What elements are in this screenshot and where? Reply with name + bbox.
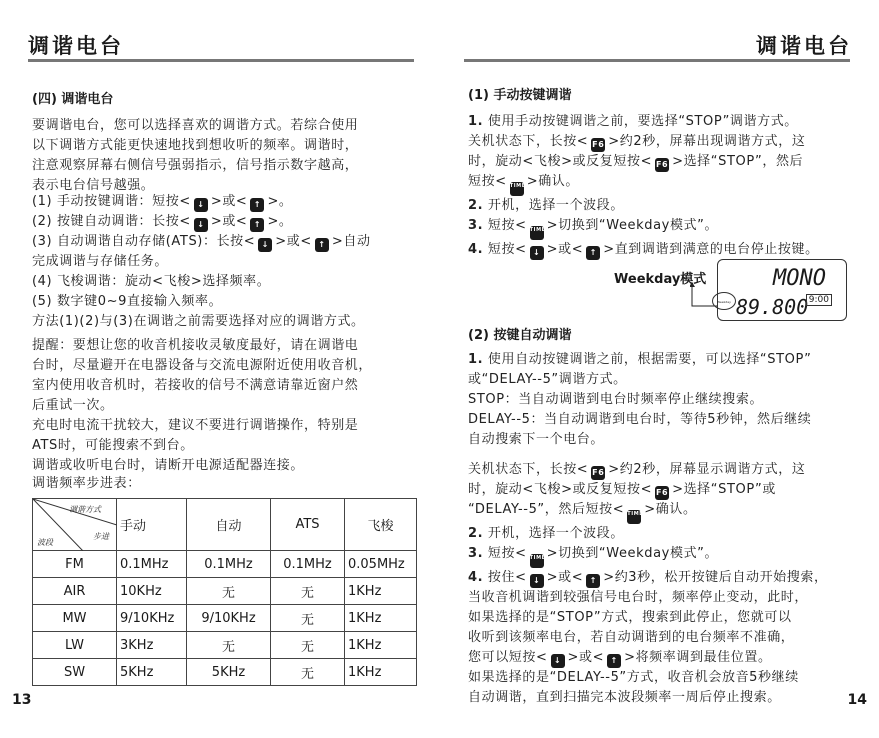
methods-list: (1) 手动按键调谐：短按<↓>或<↑>。 (2) 按键自动调谐：长按<↓>或<… bbox=[32, 192, 371, 332]
section-title: (1) 手动按键调谐 bbox=[468, 84, 571, 103]
tips-paragraph: 提醒：要想让您的收音机接收灵敏度最好，请在调谐电台时，尽量避开在电器设备与交流电… bbox=[32, 336, 372, 476]
methods-note: 方法(1)(2)与(3)在调谐之前需要选择对应的调谐方式。 bbox=[32, 312, 371, 332]
table-row: LW3KHz无无1KHz bbox=[33, 632, 417, 659]
table-header-row: 调谐方式 步进 波段 手动 自动 ATS 飞梭 bbox=[33, 499, 417, 551]
f6-key-icon: F6 bbox=[591, 466, 605, 480]
f6-key-icon: F6 bbox=[655, 486, 669, 500]
column-header: 自动 bbox=[187, 499, 271, 551]
table-row: FM0.1MHz0.1MHz0.1MHz0.05MHz bbox=[33, 551, 417, 578]
up-key-icon: ↑ bbox=[250, 218, 264, 232]
f6-key-icon: F6 bbox=[655, 158, 669, 172]
corner-step-label: 步进 bbox=[93, 531, 109, 542]
intro-line: 以下调谐方式能更快速地找到想收听的频率。调谐时， bbox=[32, 136, 358, 156]
time-page-key-icon: TIME PAGE bbox=[530, 226, 544, 240]
up-key-icon: ↑ bbox=[607, 654, 621, 668]
f6-key-icon: F6 bbox=[591, 138, 605, 152]
down-key-icon: ↓ bbox=[258, 238, 272, 252]
section-title: (四) 调谐电台 bbox=[32, 88, 113, 107]
up-key-icon: ↑ bbox=[586, 574, 600, 588]
lcd-display-illustration: MONO 89.800 9:00 Weekday bbox=[717, 259, 847, 321]
table-title: 调谐频率步进表： bbox=[32, 474, 141, 494]
column-header: 手动 bbox=[117, 499, 187, 551]
intro-line: 要调谐电台，您可以选择喜欢的调谐方式。若综合使用 bbox=[32, 116, 358, 136]
method-3-cont: 完成调谐与存储任务。 bbox=[32, 252, 371, 272]
section-title: (2) 按键自动调谐 bbox=[468, 324, 571, 343]
table-row: SW5KHz5KHz无1KHz bbox=[33, 659, 417, 686]
manual-steps: 1. 使用手动按键调谐之前，要选择“STOP”调谐方式。 关机状态下，长按<F6… bbox=[468, 112, 819, 260]
page-number: 14 bbox=[848, 692, 867, 708]
up-key-icon: ↑ bbox=[315, 238, 329, 252]
column-header: ATS bbox=[271, 499, 345, 551]
column-header: 飞梭 bbox=[345, 499, 417, 551]
lcd-time: 9:00 bbox=[806, 294, 832, 306]
down-key-icon: ↓ bbox=[551, 654, 565, 668]
method-2: (2) 按键自动调谐：长按<↓>或<↑>。 bbox=[32, 212, 371, 232]
corner-band-label: 波段 bbox=[37, 537, 53, 548]
page-header: 调谐电台 bbox=[756, 30, 852, 60]
down-key-icon: ↓ bbox=[194, 218, 208, 232]
time-page-key-icon: TIME PAGE bbox=[530, 554, 544, 568]
auto-steps: 关机状态下，长按<F6>约2秒，屏幕显示调谐方式，这 时，旋动<飞梭>或反复短按… bbox=[468, 460, 828, 708]
lcd-weekday-indicator: Weekday bbox=[712, 292, 736, 310]
down-key-icon: ↓ bbox=[530, 246, 544, 260]
lcd-frequency: 89.800 bbox=[736, 295, 808, 319]
down-key-icon: ↓ bbox=[530, 574, 544, 588]
step-table: 调谐方式 步进 波段 手动 自动 ATS 飞梭 FM0.1MHz0.1MHz0.… bbox=[32, 498, 417, 686]
right-page: 调谐电台 (1) 手动按键调谐 1. 使用手动按键调谐之前，要选择“STOP”调… bbox=[440, 0, 879, 738]
header-rule bbox=[28, 59, 414, 62]
page-header: 调谐电台 bbox=[28, 30, 124, 60]
table-row: MW9/10KHz9/10KHz无1KHz bbox=[33, 605, 417, 632]
lcd-mode: MONO bbox=[773, 266, 826, 291]
method-1: (1) 手动按键调谐：短按<↓>或<↑>。 bbox=[32, 192, 371, 212]
table-row: AIR10KHz无无1KHz bbox=[33, 578, 417, 605]
left-page: 调谐电台 (四) 调谐电台 要调谐电台，您可以选择喜欢的调谐方式。若综合使用 以… bbox=[0, 0, 440, 738]
method-3: (3) 自动调谐自动存储(ATS)：长按<↓>或<↑>自动 bbox=[32, 232, 371, 252]
table-corner-cell: 调谐方式 步进 波段 bbox=[33, 499, 117, 551]
auto-steps-intro: 1. 使用自动按键调谐之前，根据需要，可以选择“STOP” 或“DELAY--5… bbox=[468, 350, 812, 450]
time-page-key-icon: TIME PAGE bbox=[510, 182, 524, 196]
intro-line: 注意观察屏幕右侧信号强弱指示，信号指示数字越高， bbox=[32, 156, 358, 176]
intro-paragraph: 要调谐电台，您可以选择喜欢的调谐方式。若综合使用 以下调谐方式能更快速地找到想收… bbox=[32, 116, 358, 196]
method-4: (4) 飞梭调谐：旋动<飞梭>选择频率。 bbox=[32, 272, 371, 292]
up-key-icon: ↑ bbox=[250, 198, 264, 212]
down-key-icon: ↓ bbox=[194, 198, 208, 212]
page-number: 13 bbox=[12, 692, 31, 708]
time-page-key-icon: TIME PAGE bbox=[627, 510, 641, 524]
header-rule bbox=[464, 59, 850, 62]
corner-mode-label: 调谐方式 bbox=[69, 504, 101, 515]
up-key-icon: ↑ bbox=[586, 246, 600, 260]
method-5: (5) 数字键0~9直接输入频率。 bbox=[32, 292, 371, 312]
